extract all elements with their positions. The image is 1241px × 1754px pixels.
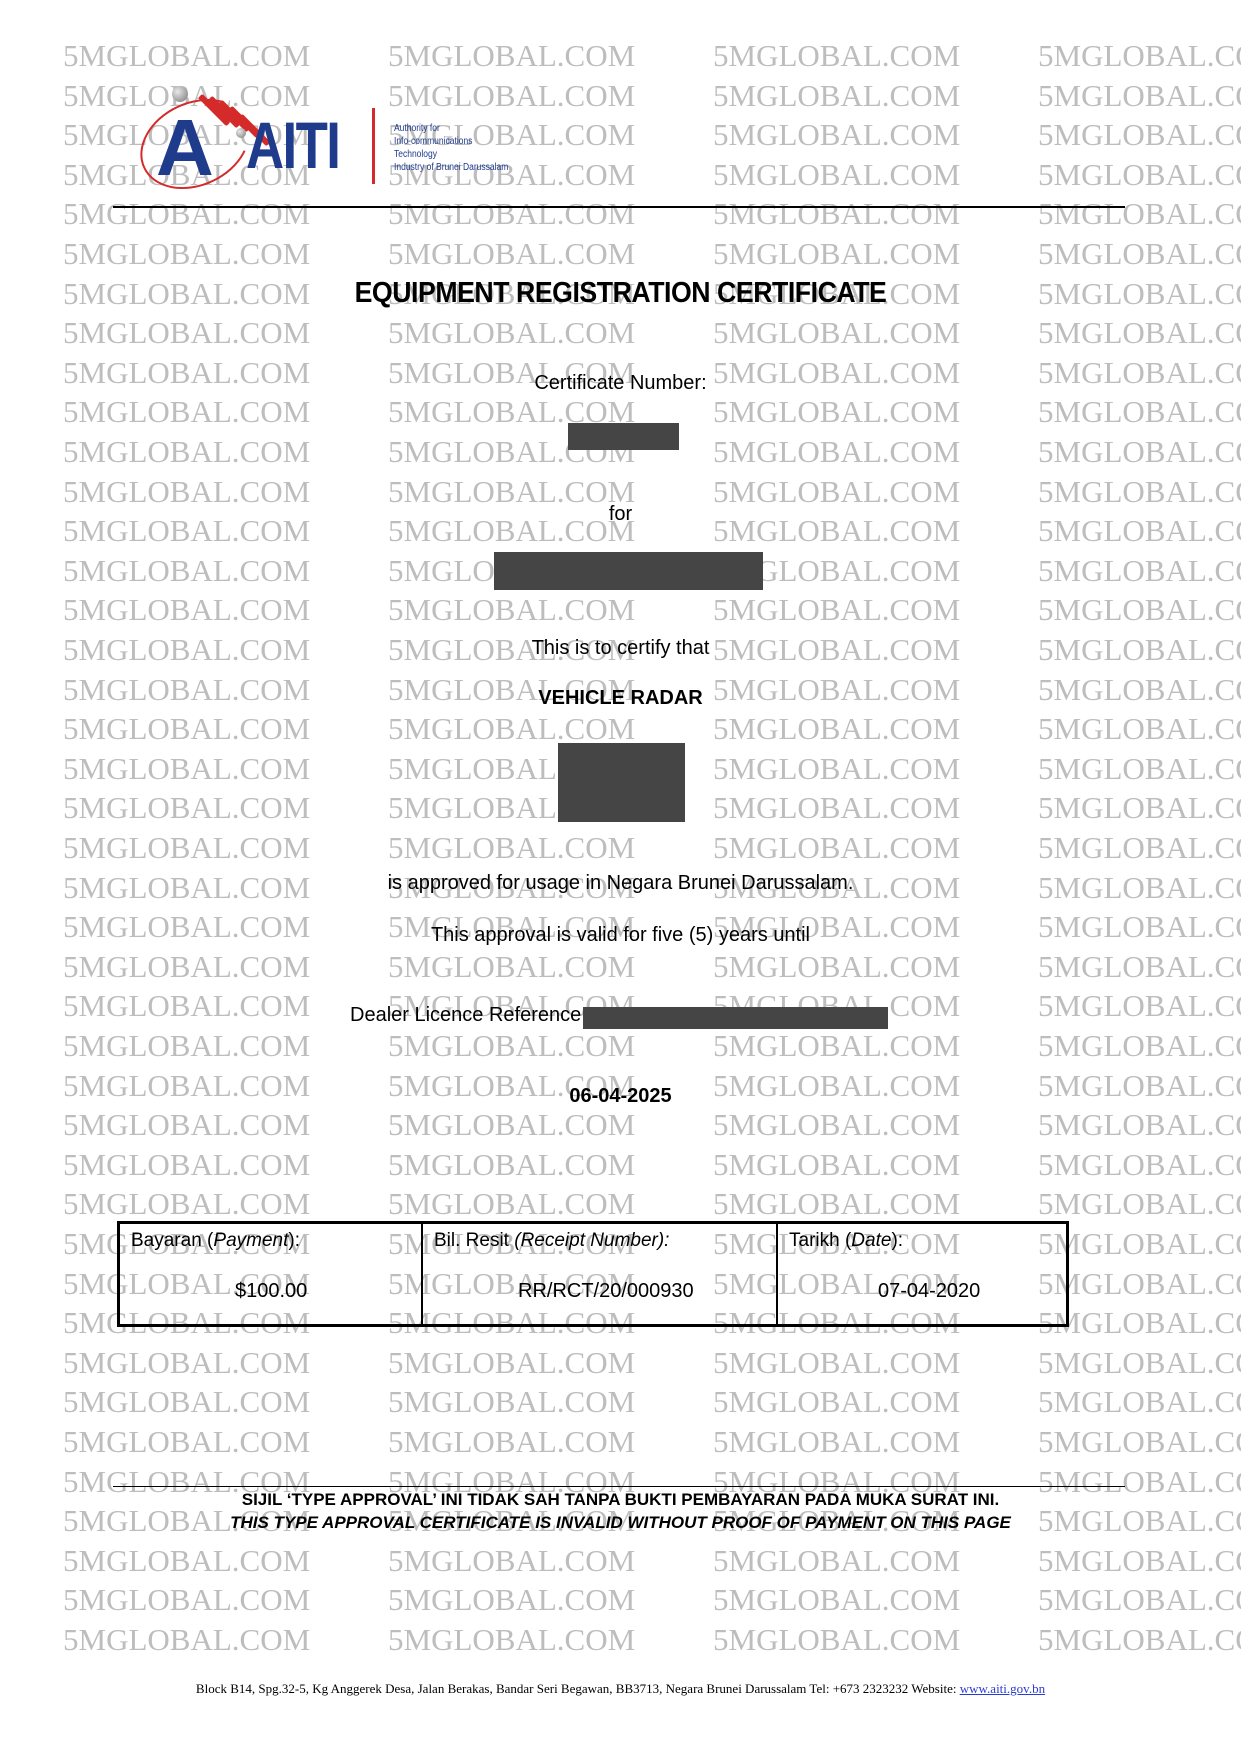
watermark-text: 5MGLOBAL.COM [1038, 753, 1241, 784]
watermark-text: 5MGLOBAL.COM [713, 1109, 960, 1140]
logo-subtitle-line: Info-communications [394, 135, 508, 148]
watermark-text: 5MGLOBAL.COM [388, 1030, 635, 1061]
watermark-text: 5MGLOBAL.COM [1038, 990, 1241, 1021]
watermark-text: 5MGLOBAL.COM [713, 792, 960, 823]
watermark-text: 5MGLOBAL.COM [1038, 1584, 1241, 1615]
receipt-label: Bil. Resit (Receipt Number): [434, 1230, 669, 1252]
watermark-text: 5MGLOBAL.COM [713, 238, 960, 269]
watermark-text: 5MGLOBAL.COM [63, 594, 310, 625]
watermark-text: 5MGLOBAL.COM [713, 1386, 960, 1417]
logo-subtitle: Authority for Info-communications Techno… [394, 122, 508, 174]
certify-text: This is to certify that [0, 637, 1241, 660]
footer-address-text: Block B14, Spg.32-5, Kg Anggerek Desa, J… [196, 1681, 960, 1696]
watermark-text: 5MGLOBAL.COM [63, 238, 310, 269]
watermark-text: 5MGLOBAL.COM [63, 476, 310, 507]
payment-value: $100.00 [235, 1280, 307, 1303]
watermark-text: 5MGLOBAL.COM [388, 713, 635, 744]
watermark-text: 5MGLOBAL.COM [713, 396, 960, 427]
watermark-text: 5MGLOBAL.COM [1038, 198, 1241, 229]
watermark-text: 5MGLOBAL.COM [713, 951, 960, 982]
watermark-text: 5MGLOBAL.COM [713, 80, 960, 111]
watermark-text: 5MGLOBAL.COM [63, 396, 310, 427]
payment-cell: Bayaran (Payment): $100.00 [120, 1224, 421, 1324]
logo-mark: A [156, 108, 214, 188]
watermark-text: 5MGLOBAL.COM [63, 753, 310, 784]
watermark-text: 5MGLOBAL.COM [63, 951, 310, 982]
watermark-text: 5MGLOBAL.COM [388, 1426, 635, 1457]
watermark-text: 5MGLOBAL.COM [1038, 436, 1241, 467]
watermark-text: 5MGLOBAL.COM [63, 1347, 310, 1378]
watermark-text: 5MGLOBAL.COM [63, 555, 310, 586]
applicant-redacted [494, 552, 763, 590]
watermark-text: 5MGLOBAL.COM [1038, 713, 1241, 744]
watermark-text: 5MGLOBAL.COM [388, 594, 635, 625]
watermark-text: 5MGLOBAL.COM [388, 40, 635, 71]
watermark-text: 5MGLOBAL.COM [1038, 594, 1241, 625]
watermark-text: 5MGLOBAL.COM [63, 1188, 310, 1219]
date-cell: Tarikh (Date): 07-04-2020 [776, 1224, 1066, 1324]
expiry-date: 06-04-2025 [0, 1085, 1241, 1108]
watermark-text: 5MGLOBAL.COM [713, 713, 960, 744]
watermark-text: 5MGLOBAL.COM [63, 317, 310, 348]
watermark-text: 5MGLOBAL.COM [713, 1188, 960, 1219]
watermark-text: 5MGLOBAL.COM [713, 40, 960, 71]
receipt-cell: Bil. Resit (Receipt Number): RR/RCT/20/0… [421, 1224, 776, 1324]
watermark-text: 5MGLOBAL.COM [388, 317, 635, 348]
watermark-text: 5MGLOBAL.COM [388, 1545, 635, 1576]
watermark-text: 5MGLOBAL.COM [388, 238, 635, 269]
watermark-text: 5MGLOBAL.COM [713, 476, 960, 507]
watermark-text: 5MGLOBAL.COM [63, 1109, 310, 1140]
watermark-text: 5MGLOBAL.COM [63, 792, 310, 823]
receipt-value: RR/RCT/20/000930 [518, 1280, 694, 1303]
logo-acronym: AITI [246, 112, 339, 178]
watermark-text: 5MGLOBAL.COM [1038, 119, 1241, 150]
logo-satellite-icon [172, 86, 188, 102]
page-title: EQUIPMENT REGISTRATION CERTIFICATE [50, 277, 1192, 310]
watermark-text: 5MGLOBAL.COM [63, 1030, 310, 1061]
disclaimer-english: THIS TYPE APPROVAL CERTIFICATE IS INVALI… [0, 1513, 1241, 1533]
disclaimer-divider [113, 1486, 1125, 1487]
watermark-text: 5MGLOBAL.COM [63, 832, 310, 863]
watermark-text: 5MGLOBAL.COM [63, 436, 310, 467]
watermark-text: 5MGLOBAL.COM [1038, 1188, 1241, 1219]
logo-subtitle-line: Industry of Brunei Darussalam [394, 161, 508, 174]
watermark-text: 5MGLOBAL.COM [1038, 40, 1241, 71]
watermark-text: 5MGLOBAL.COM [1038, 1109, 1241, 1140]
equipment-name: VEHICLE RADAR [0, 687, 1241, 710]
watermark-text: 5MGLOBAL.COM [388, 1624, 635, 1655]
footer-address: Block B14, Spg.32-5, Kg Anggerek Desa, J… [0, 1681, 1241, 1697]
watermark-text: 5MGLOBAL.COM [713, 832, 960, 863]
aiti-logo: A AITI Authority for Info-communications… [138, 88, 538, 198]
watermark-text: 5MGLOBAL.COM [713, 119, 960, 150]
equipment-model-redacted [558, 743, 685, 822]
watermark-text: 5MGLOBAL.COM [713, 1347, 960, 1378]
watermark-text: 5MGLOBAL.COM [713, 1545, 960, 1576]
watermark-text: 5MGLOBAL.COM [388, 832, 635, 863]
payment-label: Bayaran (Payment): [131, 1230, 300, 1252]
watermark-text: 5MGLOBAL.COM [388, 1584, 635, 1615]
watermark-text: 5MGLOBAL.COM [713, 1584, 960, 1615]
watermark-text: 5MGLOBAL.COM [388, 476, 635, 507]
watermark-text: 5MGLOBAL.COM [1038, 792, 1241, 823]
website-link[interactable]: www.aiti.gov.bn [960, 1681, 1045, 1696]
certificate-number-redacted [568, 423, 679, 450]
validity-text: This approval is valid for five (5) year… [0, 924, 1241, 947]
watermark-text: 5MGLOBAL.COM [1038, 80, 1241, 111]
watermark-text: 5MGLOBAL.COM [1038, 832, 1241, 863]
watermark-text: 5MGLOBAL.COM [1038, 1149, 1241, 1180]
watermark-text: 5MGLOBAL.COM [1038, 951, 1241, 982]
watermark-text: 5MGLOBAL.COM [713, 1030, 960, 1061]
watermark-text: 5MGLOBAL.COM [388, 198, 635, 229]
approved-text: is approved for usage in Negara Brunei D… [0, 872, 1241, 895]
watermark-text: 5MGLOBAL.COM [713, 159, 960, 190]
watermark-text: 5MGLOBAL.COM [1038, 1347, 1241, 1378]
dealer-licence-label: Dealer Licence Reference: [350, 1004, 587, 1027]
watermark-text: 5MGLOBAL.COM [1038, 396, 1241, 427]
logo-subtitle-line: Technology [394, 148, 508, 161]
watermark-text: 5MGLOBAL.COM [63, 198, 310, 229]
watermark-text: 5MGLOBAL.COM [1038, 238, 1241, 269]
logo-subtitle-line: Authority for [394, 122, 508, 135]
logo-divider [372, 108, 375, 184]
payment-table: Bayaran (Payment): $100.00 Bil. Resit (R… [117, 1221, 1069, 1327]
watermark-text: 5MGLOBAL.COM [63, 1584, 310, 1615]
watermark-text: 5MGLOBAL.COM [1038, 1386, 1241, 1417]
watermark-text: 5MGLOBAL.COM [713, 753, 960, 784]
dealer-licence-redacted [583, 1007, 888, 1029]
watermark-text: 5MGLOBAL.COM [388, 1347, 635, 1378]
watermark-text: 5MGLOBAL.COM [63, 1545, 310, 1576]
watermark-text: 5MGLOBAL.COM [63, 40, 310, 71]
watermark-text: 5MGLOBAL.COM [713, 1426, 960, 1457]
watermark-text: 5MGLOBAL.COM [388, 951, 635, 982]
watermark-text: 5MGLOBAL.COM [713, 317, 960, 348]
watermark-text: 5MGLOBAL.COM [713, 594, 960, 625]
watermark-text: 5MGLOBAL.COM [388, 1149, 635, 1180]
watermark-text: 5MGLOBAL.COM [713, 436, 960, 467]
watermark-text: 5MGLOBAL.COM [63, 1386, 310, 1417]
disclaimer-malay: SIJIL ‘TYPE APPROVAL’ INI TIDAK SAH TANP… [0, 1490, 1241, 1510]
header-divider [113, 206, 1125, 208]
watermark-text: 5MGLOBAL.COM [388, 1188, 635, 1219]
watermark-text: 5MGLOBAL.COM [1038, 1545, 1241, 1576]
watermark-text: 5MGLOBAL.COM [1038, 317, 1241, 348]
watermark-text: 5MGLOBAL.COM [713, 1624, 960, 1655]
watermark-text: 5MGLOBAL.COM [713, 1149, 960, 1180]
for-label: for [0, 503, 1241, 526]
watermark-text: 5MGLOBAL.COM [713, 198, 960, 229]
watermark-text: 5MGLOBAL.COM [388, 1386, 635, 1417]
watermark-text: 5MGLOBAL.COM [63, 1426, 310, 1457]
watermark-text: 5MGLOBAL.COM [1038, 555, 1241, 586]
watermark-text: 5MGLOBAL.COM [1038, 159, 1241, 190]
watermark-text: 5MGLOBAL.COM [63, 1149, 310, 1180]
watermark-text: 5MGLOBAL.COM [1038, 1426, 1241, 1457]
watermark-text: 5MGLOBAL.COM [63, 1624, 310, 1655]
watermark-text: 5MGLOBAL.COM [63, 990, 310, 1021]
date-value: 07-04-2020 [878, 1280, 980, 1303]
watermark-text: 5MGLOBAL.COM [1038, 1624, 1241, 1655]
date-label: Tarikh (Date): [789, 1230, 903, 1252]
watermark-text: 5MGLOBAL.COM [63, 713, 310, 744]
watermark-text: 5MGLOBAL.COM [1038, 476, 1241, 507]
watermark-text: 5MGLOBAL.COM [1038, 1030, 1241, 1061]
certificate-number-label: Certificate Number: [0, 372, 1241, 395]
logo-satellite-icon [236, 128, 246, 138]
watermark-text: 5MGLOBAL.COM [388, 1109, 635, 1140]
